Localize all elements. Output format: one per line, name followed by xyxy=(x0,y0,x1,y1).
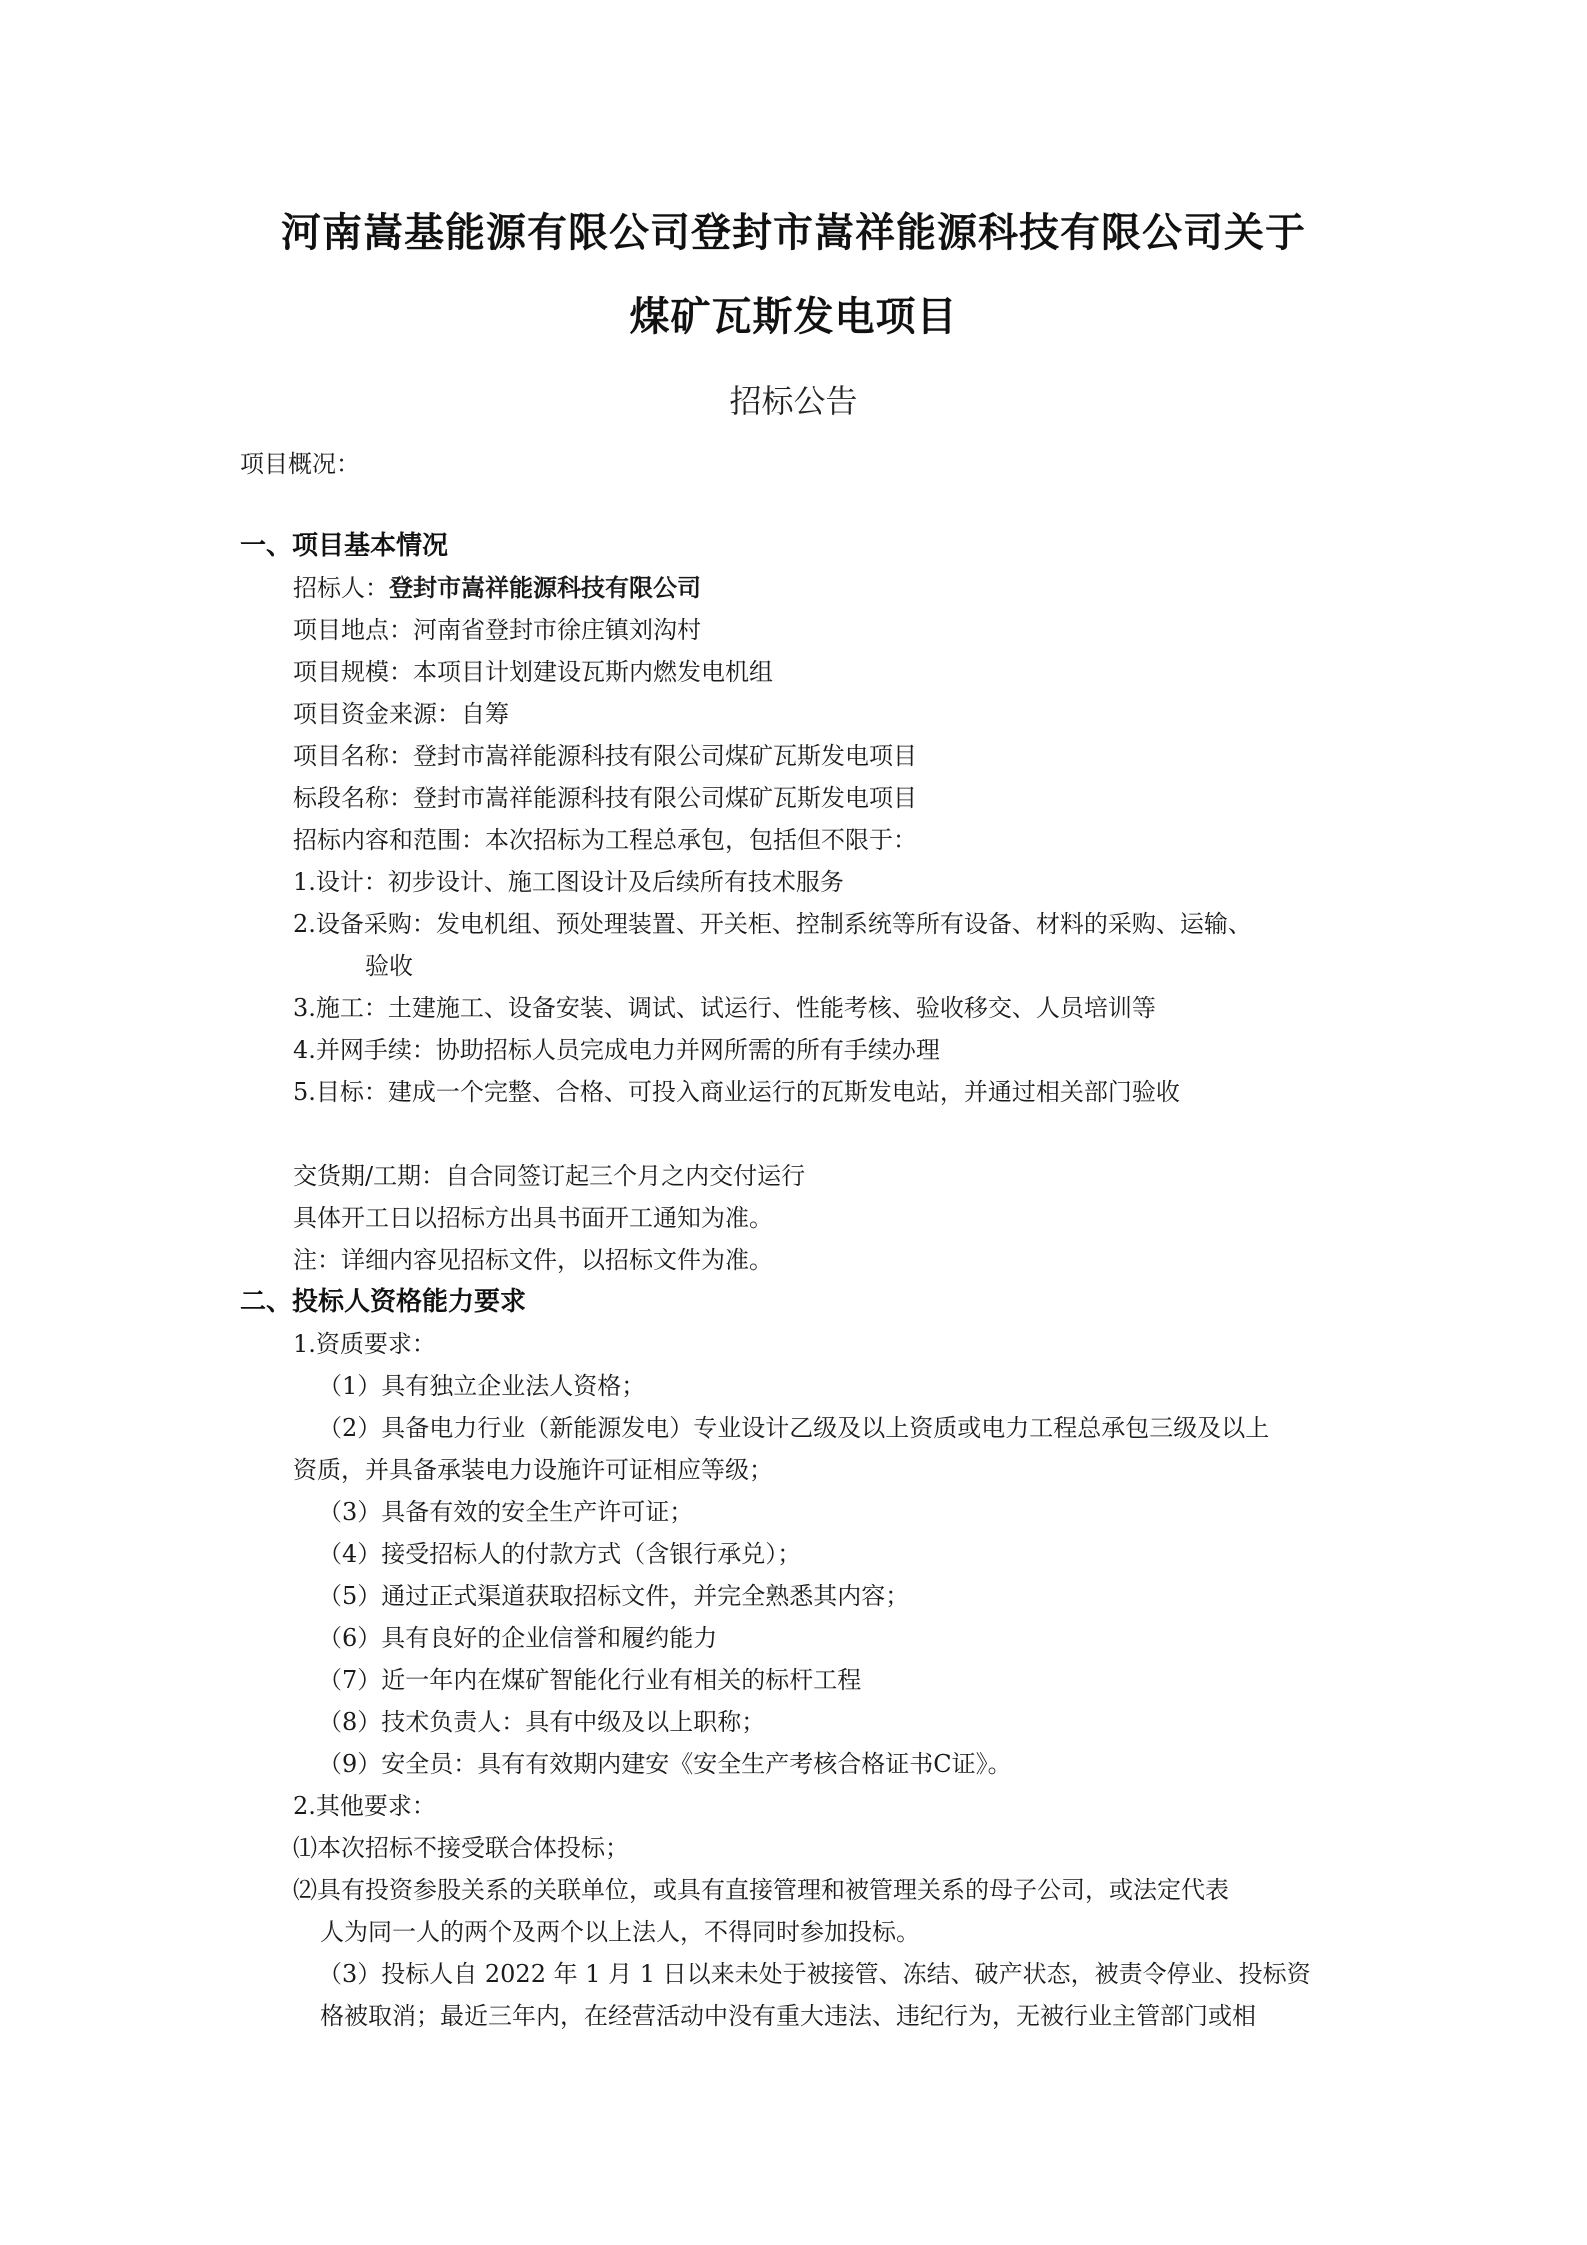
qual-item: （8）技术负责人：具有中级及以上职称； xyxy=(318,1706,765,1738)
qualification-heading: 1.资质要求： xyxy=(293,1328,436,1360)
qual-item: （6）具有良好的企业信誉和履约能力 xyxy=(318,1622,717,1654)
qual-item: （4）接受招标人的付款方式（含银行承兑）； xyxy=(318,1538,801,1570)
qual-item: （5）通过正式渠道获取招标文件，并完全熟悉其内容； xyxy=(318,1580,909,1612)
other-item-cont: 格被取消；最近三年内，在经营活动中没有重大违法、违纪行为，无被行业主管部门或相 xyxy=(320,2000,1256,2032)
delivery-period: 交货期/工期：自合同签订起三个月之内交付运行 xyxy=(293,1160,805,1192)
scope-item-construction: 3.施工：土建施工、设备安装、调试、试运行、性能考核、验收移交、人员培训等 xyxy=(293,992,1156,1024)
scope-item-goal: 5.目标：建成一个完整、合格、可投入商业运行的瓦斯发电站，并通过相关部门验收 xyxy=(293,1076,1180,1108)
section2-heading: 二、投标人资格能力要求 xyxy=(240,1286,526,1318)
section1-heading: 一、项目基本情况 xyxy=(240,530,448,562)
other-item: ⑴本次招标不接受联合体投标； xyxy=(293,1832,629,1864)
qual-item: （7）近一年内在煤矿智能化行业有相关的标杆工程 xyxy=(318,1664,861,1696)
document-title-line1: 河南嵩基能源有限公司登封市嵩祥能源科技有限公司关于 xyxy=(0,208,1587,258)
document-subtitle: 招标公告 xyxy=(0,380,1587,422)
start-date-note: 具体开工日以招标方出具书面开工通知为准。 xyxy=(293,1202,773,1234)
tenderer-line: 招标人：登封市嵩祥能源科技有限公司 xyxy=(293,572,701,604)
tenderer-label: 招标人： xyxy=(293,574,389,602)
overview-label: 项目概况： xyxy=(240,448,360,480)
details-note: 注：详细内容见招标文件，以招标文件为准。 xyxy=(293,1244,773,1276)
other-item-cont: 人为同一人的两个及两个以上法人，不得同时参加投标。 xyxy=(320,1916,920,1948)
scope-item-design: 1.设计：初步设计、施工图设计及后续所有技术服务 xyxy=(293,866,844,898)
document-title-line2: 煤矿瓦斯发电项目 xyxy=(0,292,1587,342)
qual-item: （1）具有独立企业法人资格； xyxy=(318,1370,645,1402)
project-scale: 项目规模：本项目计划建设瓦斯内燃发电机组 xyxy=(293,656,773,688)
qual-item-cont: 资质，并具备承装电力设施许可证相应等级； xyxy=(293,1454,773,1486)
tenderer-value: 登封市嵩祥能源科技有限公司 xyxy=(389,574,701,602)
scope-item-procurement: 2.设备采购：发电机组、预处理装置、开关柜、控制系统等所有设备、材料的采购、运输… xyxy=(293,908,1252,940)
scope-item-procurement-cont: 验收 xyxy=(365,950,413,982)
project-location: 项目地点：河南省登封市徐庄镇刘沟村 xyxy=(293,614,701,646)
project-name: 项目名称：登封市嵩祥能源科技有限公司煤矿瓦斯发电项目 xyxy=(293,740,917,772)
qual-item: （3）具备有效的安全生产许可证； xyxy=(318,1496,693,1528)
qual-item: （2）具备电力行业（新能源发电）专业设计乙级及以上资质或电力工程总承包三级及以上 xyxy=(318,1412,1269,1444)
other-item: （3）投标人自 2022 年 1 月 1 日以来未处于被接管、冻结、破产状态，被… xyxy=(318,1958,1311,1990)
lot-name: 标段名称：登封市嵩祥能源科技有限公司煤矿瓦斯发电项目 xyxy=(293,782,917,814)
document-page: 河南嵩基能源有限公司登封市嵩祥能源科技有限公司关于 煤矿瓦斯发电项目 招标公告 … xyxy=(0,0,1587,2245)
qual-item: （9）安全员：具有有效期内建安《安全生产考核合格证书C证》。 xyxy=(318,1748,1012,1780)
scope-item-grid: 4.并网手续：协助招标人员完成电力并网所需的所有手续办理 xyxy=(293,1034,940,1066)
tender-scope: 招标内容和范围：本次招标为工程总承包，包括但不限于： xyxy=(293,824,917,856)
other-requirements-heading: 2.其他要求： xyxy=(293,1790,436,1822)
other-item: ⑵具有投资参股关系的关联单位，或具有直接管理和被管理关系的母子公司，或法定代表 xyxy=(293,1874,1229,1906)
project-funding: 项目资金来源：自筹 xyxy=(293,698,509,730)
